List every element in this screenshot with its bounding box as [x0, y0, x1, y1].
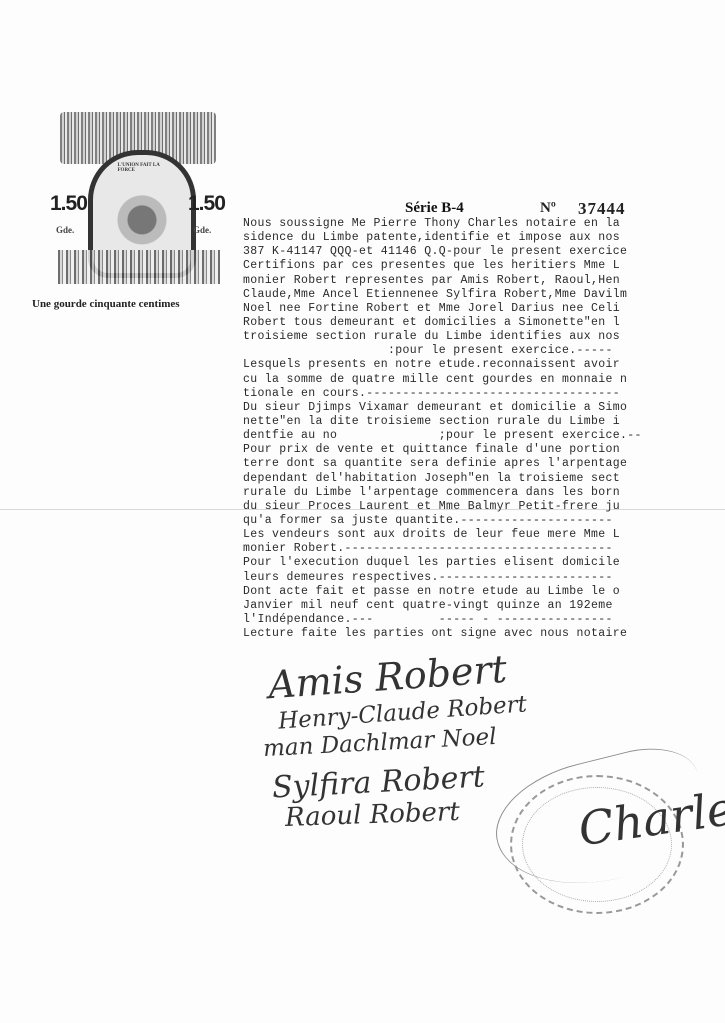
stamp-value-right: 1.50 — [188, 192, 225, 216]
stamp-caption: Une gourde cinquante centimes — [32, 298, 180, 310]
text-line: monier Robert.--------------------------… — [243, 542, 723, 556]
text-line: 387 K-41147 QQQ-et 41146 Q.Q-pour le pre… — [243, 245, 723, 259]
text-line: Robert tous demeurant et domicilies a Si… — [243, 316, 723, 330]
document-page: L'UNION FAIT LA FORCE 1.50 1.50 Gde. Gde… — [0, 0, 725, 1023]
text-line: Lesquels presents en notre etude.reconna… — [243, 358, 723, 372]
stamp-bottom-banner — [58, 250, 220, 284]
text-line: monier Robert representes par Amis Rober… — [243, 274, 723, 288]
text-line: Pour prix de vente et quittance finale d… — [243, 443, 723, 457]
text-line: nette"en la dite troisieme section rural… — [243, 415, 723, 429]
text-line: Certifions par ces presentes que les her… — [243, 259, 723, 273]
document-number: 37444 — [578, 199, 626, 219]
emblem-text: L'UNION FAIT LA FORCE — [118, 163, 167, 173]
text-line: rurale du Limbe l'arpentage commencera d… — [243, 486, 723, 500]
text-line: Janvier mil neuf cent quatre-vingt quinz… — [243, 599, 723, 613]
text-line: cu la somme de quatre mille cent gourdes… — [243, 373, 723, 387]
text-line: du sieur Proces Laurent et Mme Balmyr Pe… — [243, 500, 723, 514]
text-line: terre dont sa quantite sera definie apre… — [243, 457, 723, 471]
text-line: sidence du Limbe patente,identifie et im… — [243, 231, 723, 245]
signature-raoul-robert: Raoul Robert — [285, 797, 461, 833]
text-line: Lecture faite les parties ont signe avec… — [243, 627, 723, 641]
text-line: leurs demeures respectives.-------------… — [243, 571, 723, 585]
serie-label: Série B-4 — [405, 200, 464, 217]
text-line: :pour le present exercice.----- — [243, 344, 723, 358]
text-line: Pour l'execution duquel les parties elis… — [243, 556, 723, 570]
text-line: qu'a former sa juste quantite.----------… — [243, 514, 723, 528]
stamp-currency-left: Gde. — [56, 225, 74, 235]
text-line: dentfie au no ;pour le present exercice.… — [243, 429, 723, 443]
stamp-value-left: 1.50 — [50, 192, 87, 216]
text-line: Noel nee Fortine Robert et Mme Jorel Dar… — [243, 302, 723, 316]
text-line: l'Indépendance.--- ----- - -------------… — [243, 613, 723, 627]
text-line: Nous soussigne Me Pierre Thony Charles n… — [243, 217, 723, 231]
text-line: tionale en cours.-----------------------… — [243, 387, 723, 401]
text-line: troisieme section rurale du Limbe identi… — [243, 330, 723, 344]
text-line: dependant del'habitation Joseph"en la tr… — [243, 472, 723, 486]
text-line: Les vendeurs sont aux droits de leur feu… — [243, 528, 723, 542]
stamp-currency-right: Gde. — [193, 225, 211, 235]
numero-label: Nº — [540, 200, 556, 217]
text-line: Du sieur Djimps Vixamar demeurant et dom… — [243, 401, 723, 415]
notarial-act-text: Nous soussigne Me Pierre Thony Charles n… — [243, 217, 723, 641]
revenue-stamp: L'UNION FAIT LA FORCE 1.50 1.50 Gde. Gde… — [38, 112, 238, 292]
text-line: Claude,Mme Ancel Etiennenee Sylfira Robe… — [243, 288, 723, 302]
text-line: Dont acte fait et passe en notre etude a… — [243, 585, 723, 599]
